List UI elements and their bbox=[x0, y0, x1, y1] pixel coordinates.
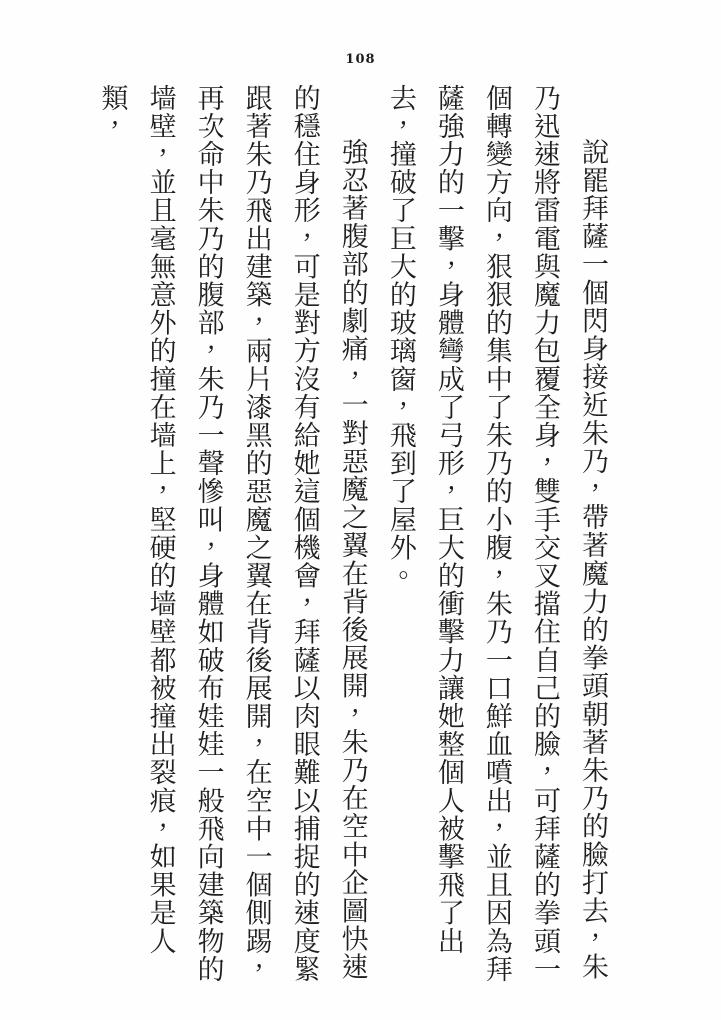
paragraph: 強忍著腹部的劇痛，一對惡魔之翼在背後展開，朱乃在空中企圖快速的穩住身形，可是對方… bbox=[87, 84, 375, 986]
page-number: 108 bbox=[0, 52, 721, 67]
text-body: 說罷拜薩一個閃身接近朱乃，帶著魔力的拳頭朝著朱乃的臉打去，朱乃迅速將雷電與魔力包… bbox=[87, 84, 616, 986]
paragraph: 說罷拜薩一個閃身接近朱乃，帶著魔力的拳頭朝著朱乃的臉打去，朱乃迅速將雷電與魔力包… bbox=[376, 84, 616, 986]
book-page: 108 說罷拜薩一個閃身接近朱乃，帶著魔力的拳頭朝著朱乃的臉打去，朱乃迅速將雷電… bbox=[0, 0, 721, 1020]
